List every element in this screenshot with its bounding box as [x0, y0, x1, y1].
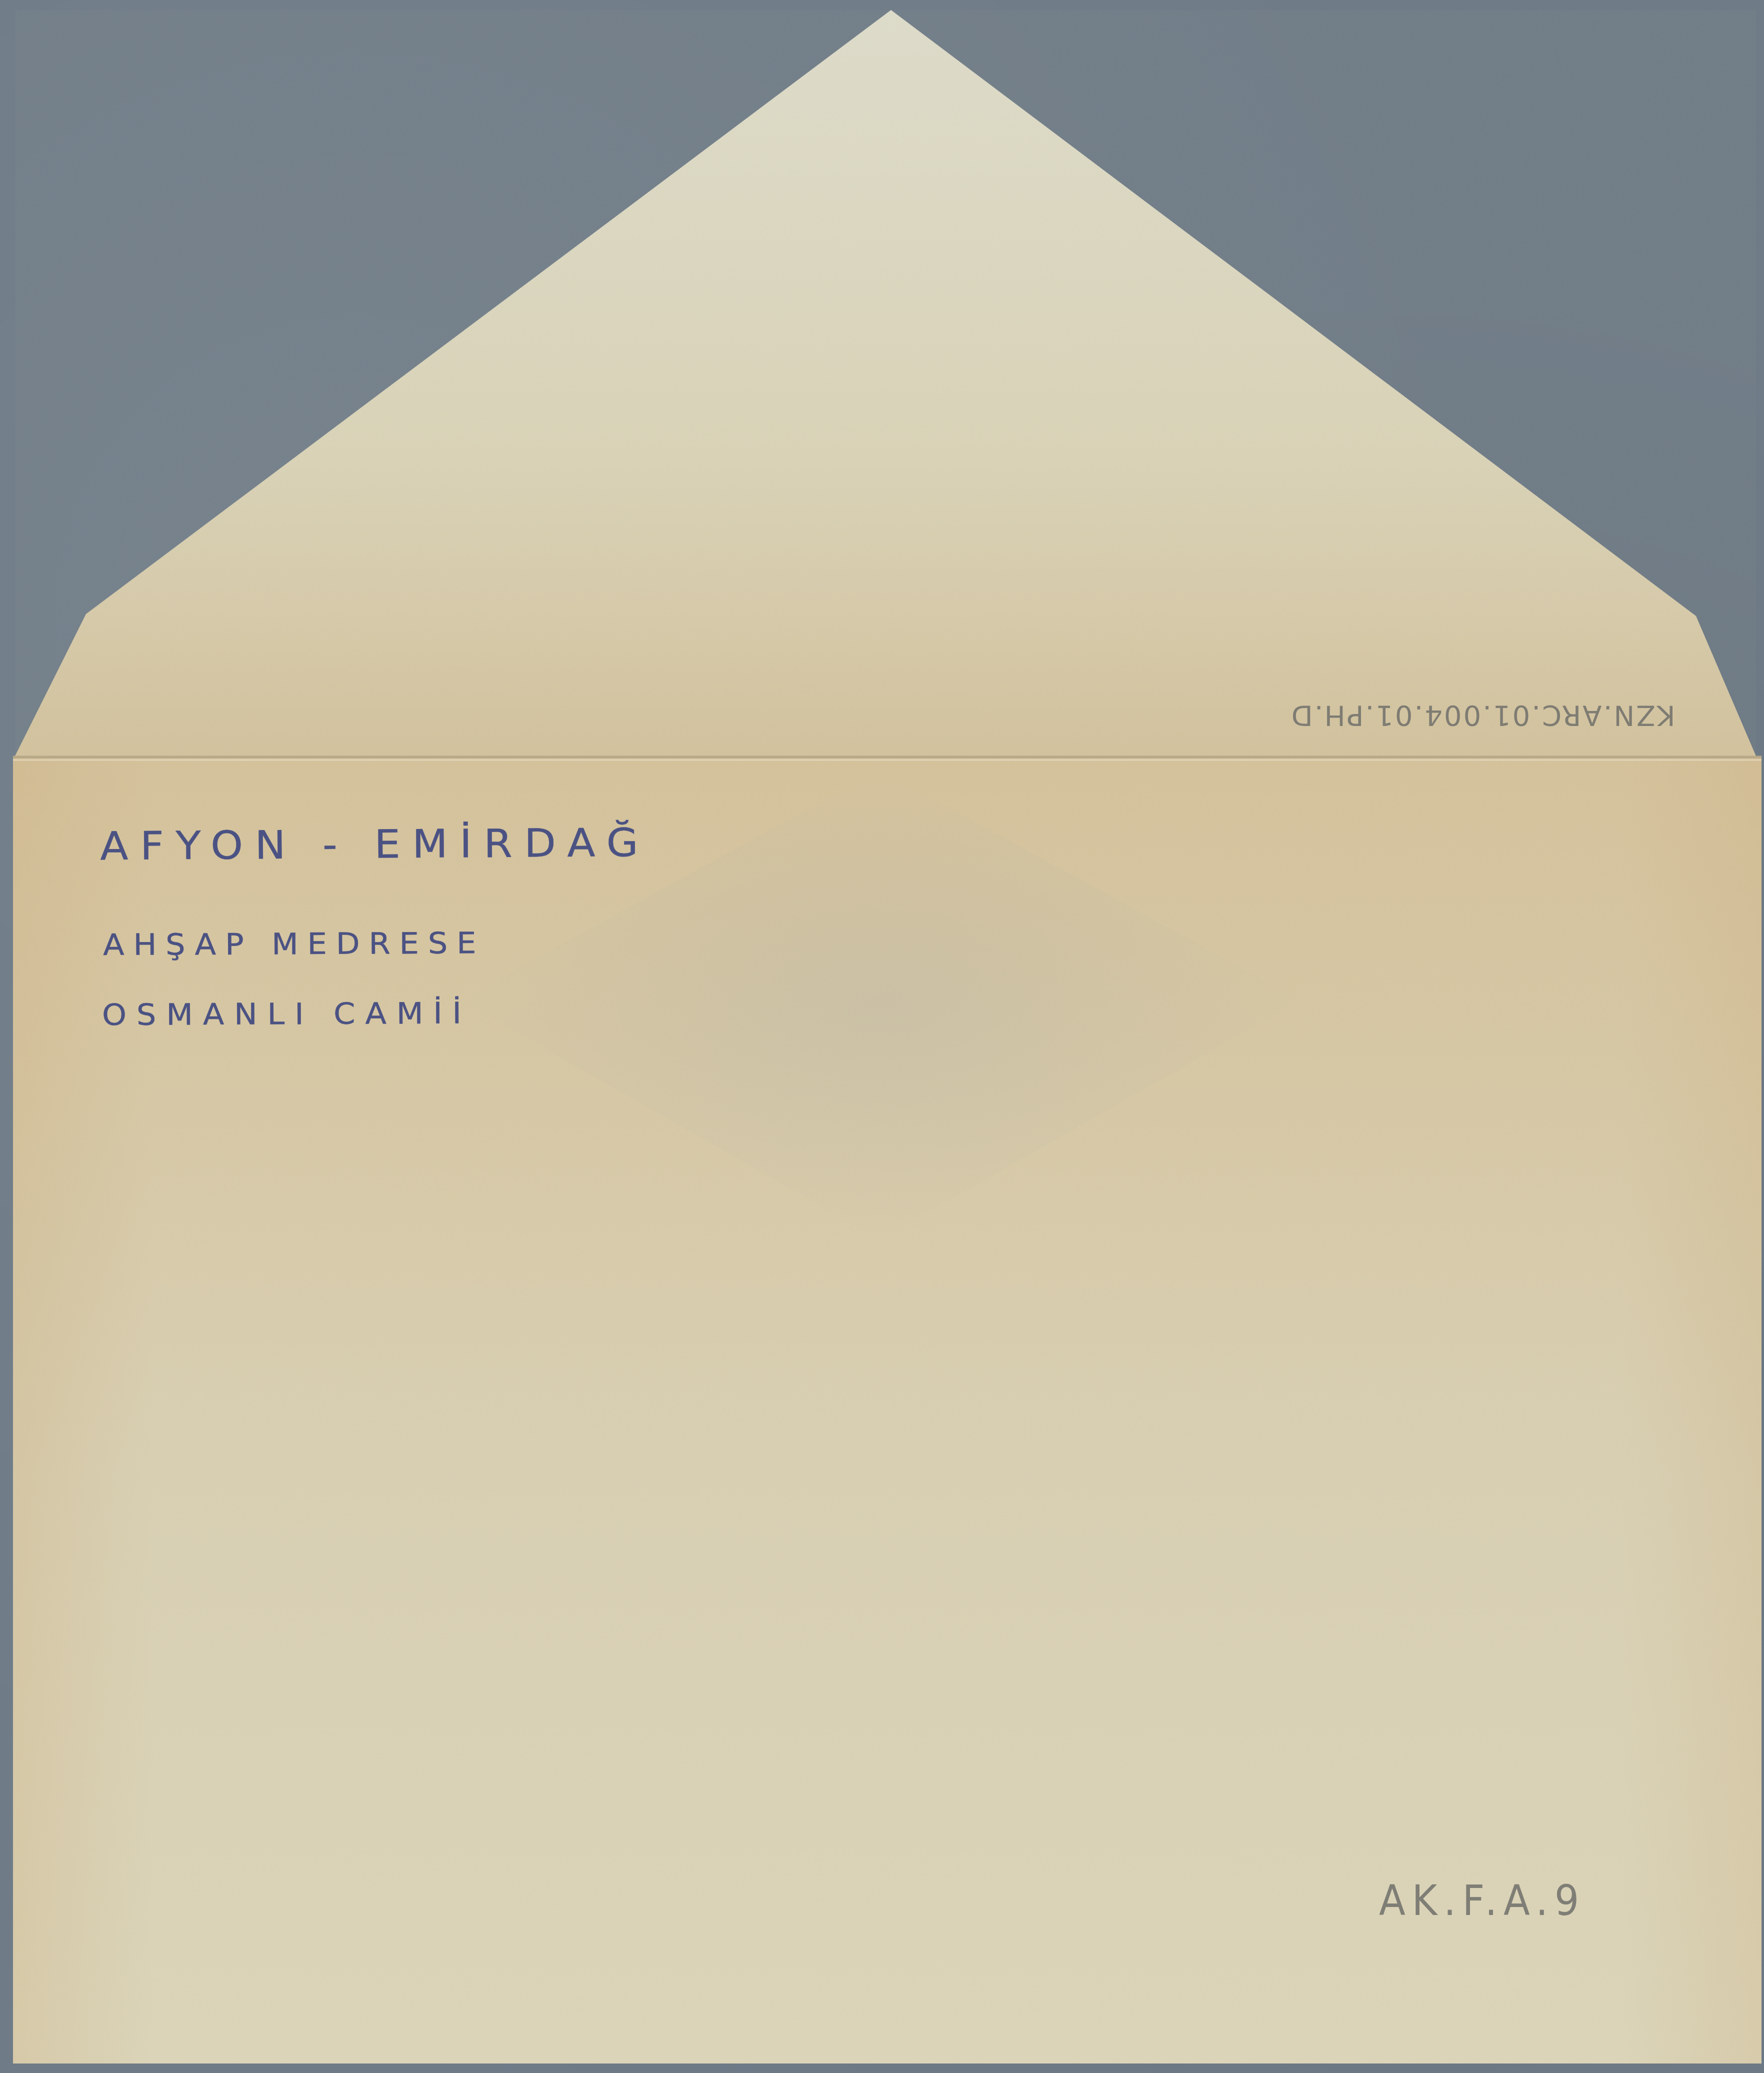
envelope-illustration: [0, 0, 1764, 2073]
subject-line-2: OSMANLI CAMİİ: [102, 995, 471, 1032]
scanned-envelope: AFYON - EMİRDAĞ AHŞAP MEDRESE OSMANLI CA…: [0, 0, 1764, 2073]
location-note: AFYON - EMİRDAĞ: [100, 820, 650, 869]
subject-line-1: AHŞAP MEDRESE: [103, 925, 485, 962]
reference-code: AK.F.A.9: [1379, 1876, 1585, 1925]
catalog-number: KZN.ARC.01.004.01.PH.D: [1262, 699, 1702, 731]
envelope-flap: [15, 10, 1756, 756]
